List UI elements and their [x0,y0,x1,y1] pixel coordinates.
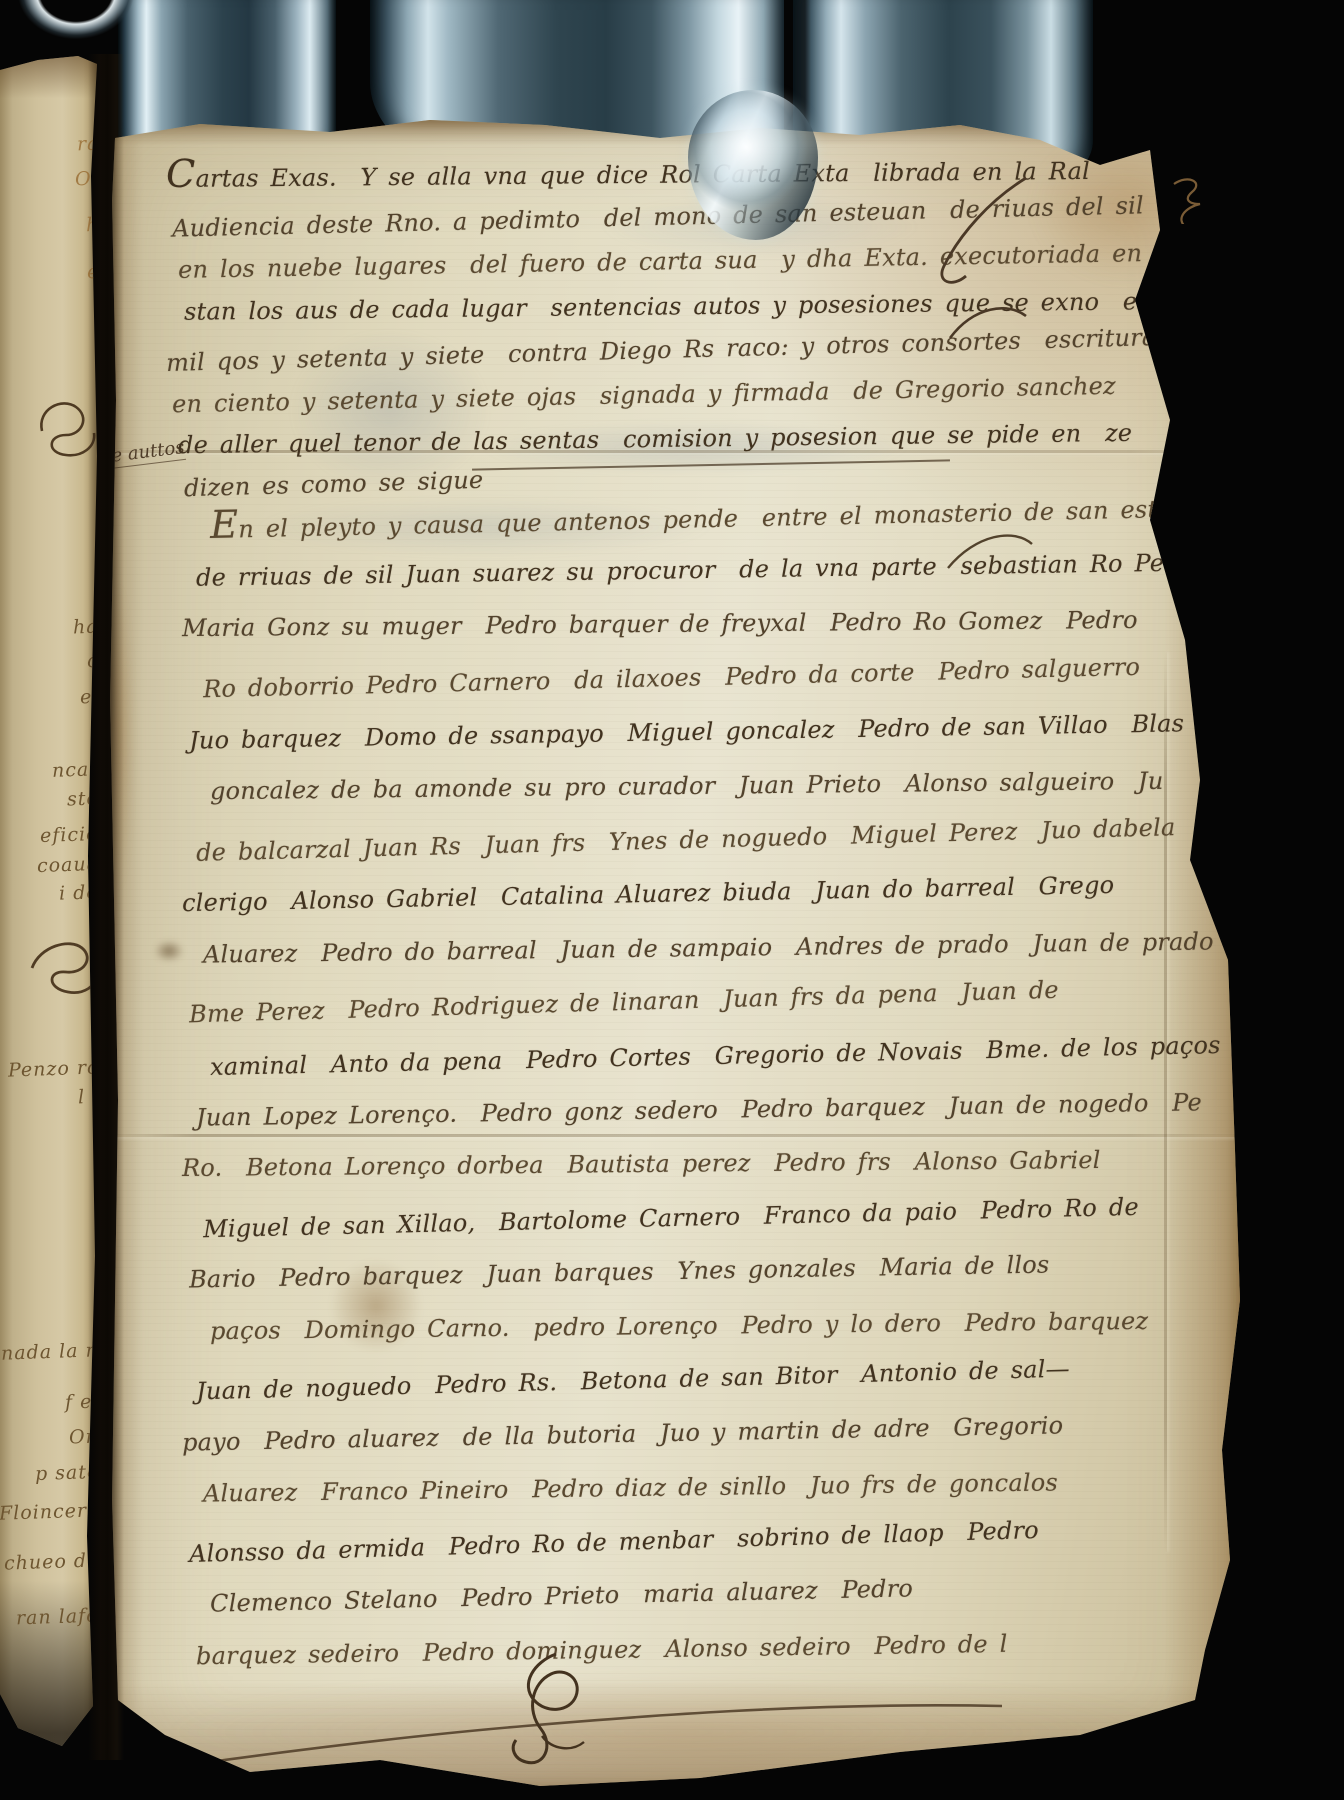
manuscript-line: Clemenco Stelano Pedro Prieto maria alua… [210,1574,914,1617]
manuscript-line: Ro doborrio Pedro Carnero da ilaxoes Ped… [203,653,1141,703]
manuscript-line: de balcarzal Juan Rs Juan frs Ynes de no… [196,813,1176,867]
line-end-swash-icon [944,298,1036,350]
manuscript-line: Bme Perez Pedro Rodriguez de linaran Jua… [189,976,1059,1029]
manuscript-line: dizen es como se sigue [184,465,484,501]
archive-photo-scene: raOihéhaoelncarstoeficiocoauai dePenzo r… [0,0,1344,1800]
manuscript-line: payo Pedro aluarez de lla butoria Juo y … [182,1411,1064,1456]
manuscript-line: Alonsso da ermida Pedro Ro de menbar sob… [189,1516,1039,1568]
line-end-swash-icon [930,170,1040,292]
glass-weight-ring-icon [0,0,162,90]
facing-page-text-fragment: nada la n [1,1339,99,1364]
manuscript-line: Miguel de san Xillao, Bartolome Carnero … [203,1193,1139,1243]
manuscript-page: de auttos Cartas Exas. Y se alla vna que… [104,112,1244,1800]
manuscript-line: Juan de noguedo Pedro Rs. Betona de san … [196,1355,1070,1406]
horizontal-fold-crease [104,1134,1244,1137]
page-corner-pen-mark-icon [1166,172,1212,224]
facing-page-text-fragment: Floincera [0,1499,99,1524]
ink-blot [154,940,184,962]
facing-page-text-fragment: chueo de [3,1549,99,1574]
manuscript-line: Maria Gonz su muger Pedro barquer de fre… [182,606,1138,642]
manuscript-line: Bario Pedro barquez Juan barques Ynes go… [189,1250,1050,1293]
manuscript-line: goncalez de ba amonde su pro curador Jua… [210,767,1164,805]
scribal-paraph-icon [110,1640,1210,1795]
manuscript-line: stan los aus de cada lugar sentencias au… [184,286,1244,326]
line-end-swash-icon [940,520,1040,580]
manuscript-line: Juan Lopez Lorenço. Pedro gonz sedero Pe… [196,1088,1202,1131]
book-gutter-shadow [88,54,124,1760]
facing-page-text-fragment: ran lafo [16,1605,99,1630]
manuscript-line: clerigo Alonso Gabriel Catalina Aluarez … [182,871,1115,917]
manuscript-line: Aluarez Pedro do barreal Juan de sampaio… [203,927,1214,968]
manuscript-line: xaminal Anto da pena Pedro Cortes Gregor… [210,1031,1221,1081]
facing-page-text-fragment: Penzo ro [7,1056,99,1081]
manuscript-line: Juo barquez Domo de ssanpayo Miguel gonc… [189,709,1185,754]
manuscript-line: En el pleyto y causa que antenos pende e… [210,491,1218,544]
manuscript-line: Ro. Betona Lorenço dorbea Bautista perez… [182,1146,1101,1182]
manuscript-line: de rriuas de sil Juan suarez su procuror… [196,548,1206,591]
manuscript-line: Aluarez Franco Pineiro Pedro diaz de sin… [203,1468,1058,1507]
